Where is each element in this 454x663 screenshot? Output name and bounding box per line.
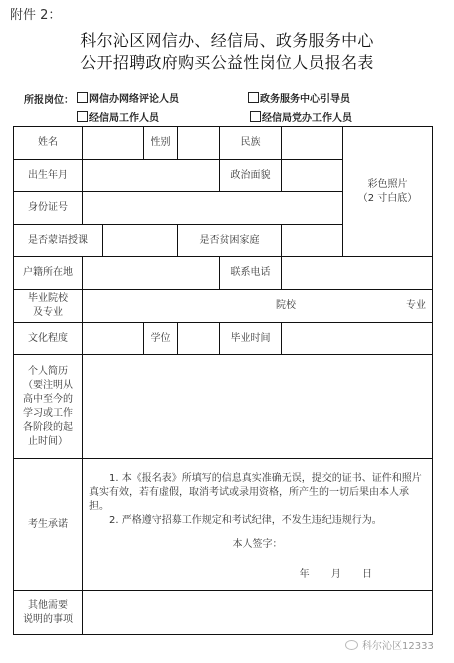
birth-field[interactable] [83, 160, 220, 192]
other-notes-field[interactable] [83, 591, 433, 635]
option-label: 网信办网络评论人员 [89, 90, 179, 105]
mongolian-field[interactable] [103, 225, 178, 257]
attachment-label: 附件 2： [10, 4, 61, 23]
resume-label-line: 个人简历 [14, 365, 82, 379]
wechat-icon [345, 640, 358, 650]
checkbox-icon[interactable] [77, 92, 88, 103]
grad-time-label: 毕业时间 [220, 323, 282, 355]
watermark: 科尔沁区12333 [345, 637, 434, 652]
id-number-field[interactable] [83, 192, 343, 225]
position-option-service-guide[interactable]: 政务服务中心引导员 [248, 90, 350, 105]
school-field[interactable]: 院校 专业 [83, 290, 433, 323]
mongolian-label: 是否蒙语授课 [14, 225, 103, 257]
commitment-content: 1. 本《报名表》所填写的信息真实准确无误，提交的证书、证件和照片真实有效，若有… [83, 459, 433, 591]
signature-label: 本人签字： [89, 538, 426, 552]
poverty-label: 是否贫困家庭 [178, 225, 282, 257]
commitment-item-1: 1. 本《报名表》所填写的信息真实准确无误，提交的证书、证件和照片真实有效，若有… [89, 472, 426, 514]
resume-field[interactable] [83, 355, 433, 459]
education-field[interactable] [83, 323, 144, 355]
other-notes-label: 其他需要 说明的事项 [14, 591, 83, 635]
resume-label-line: 各阶段的起 [14, 421, 82, 435]
resume-label-line: 学习或工作 [14, 407, 82, 421]
form-title-line2: 公开招聘政府购买公益性岗位人员报名表 [0, 50, 454, 73]
watermark-text: 科尔沁区12333 [362, 637, 434, 652]
major-sub-label: 专业 [406, 299, 426, 313]
name-label: 姓名 [14, 127, 83, 160]
photo-label: 彩色照片 [343, 178, 432, 192]
hukou-field[interactable] [83, 257, 220, 290]
hukou-label: 户籍所在地 [14, 257, 83, 290]
resume-label-line: （要注明从 [14, 379, 82, 393]
school-label-line2: 及专业 [14, 306, 82, 320]
commitment-item-2: 2. 严格遵守招募工作规定和考试纪律，不发生违纪违规行为。 [89, 514, 426, 528]
education-label: 文化程度 [14, 323, 83, 355]
id-number-label: 身份证号 [14, 192, 83, 225]
poverty-field[interactable] [282, 225, 343, 257]
option-label: 政务服务中心引导员 [260, 90, 350, 105]
school-label: 毕业院校 及专业 [14, 290, 83, 323]
resume-label: 个人简历 （要注明从 高中至今的 学习或工作 各阶段的起 止时间） [14, 355, 83, 459]
ethnicity-field[interactable] [282, 127, 343, 160]
option-label: 经信局工作人员 [89, 109, 159, 124]
resume-label-line: 高中至今的 [14, 393, 82, 407]
registration-form-table: 姓名 性别 民族 彩色照片 （2 寸白底） 出生年月 政治面貌 身份证号 是否蒙… [13, 126, 433, 635]
checkbox-icon[interactable] [77, 111, 88, 122]
birth-label: 出生年月 [14, 160, 83, 192]
gender-field[interactable] [178, 127, 220, 160]
school-sub-label: 院校 [276, 299, 296, 313]
phone-label: 联系电话 [220, 257, 282, 290]
political-field[interactable] [282, 160, 343, 192]
date-label: 年 月 日 [89, 568, 426, 582]
position-option-party-office-staff[interactable]: 经信局党办工作人员 [250, 109, 352, 124]
option-label: 经信局党办工作人员 [262, 109, 352, 124]
political-label: 政治面貌 [220, 160, 282, 192]
other-notes-line2: 说明的事项 [14, 613, 82, 627]
checkbox-icon[interactable] [250, 111, 261, 122]
degree-label: 学位 [144, 323, 178, 355]
name-field[interactable] [83, 127, 144, 160]
grad-time-field[interactable] [282, 323, 433, 355]
ethnicity-label: 民族 [220, 127, 282, 160]
photo-size-note: （2 寸白底） [343, 192, 432, 206]
resume-label-line: 止时间） [14, 435, 82, 449]
phone-field[interactable] [282, 257, 433, 290]
degree-field[interactable] [178, 323, 220, 355]
position-option-online-commentator[interactable]: 网信办网络评论人员 [77, 90, 179, 105]
checkbox-icon[interactable] [248, 92, 259, 103]
form-title-line1: 科尔沁区网信办、经信局、政务服务中心 [0, 28, 454, 51]
gender-label: 性别 [144, 127, 178, 160]
other-notes-line1: 其他需要 [14, 599, 82, 613]
school-label-line1: 毕业院校 [14, 292, 82, 306]
photo-area[interactable]: 彩色照片 （2 寸白底） [343, 127, 433, 257]
position-label: 所报岗位： [24, 91, 74, 106]
commitment-label: 考生承诺 [14, 459, 83, 591]
position-option-economic-bureau-staff[interactable]: 经信局工作人员 [77, 109, 159, 124]
